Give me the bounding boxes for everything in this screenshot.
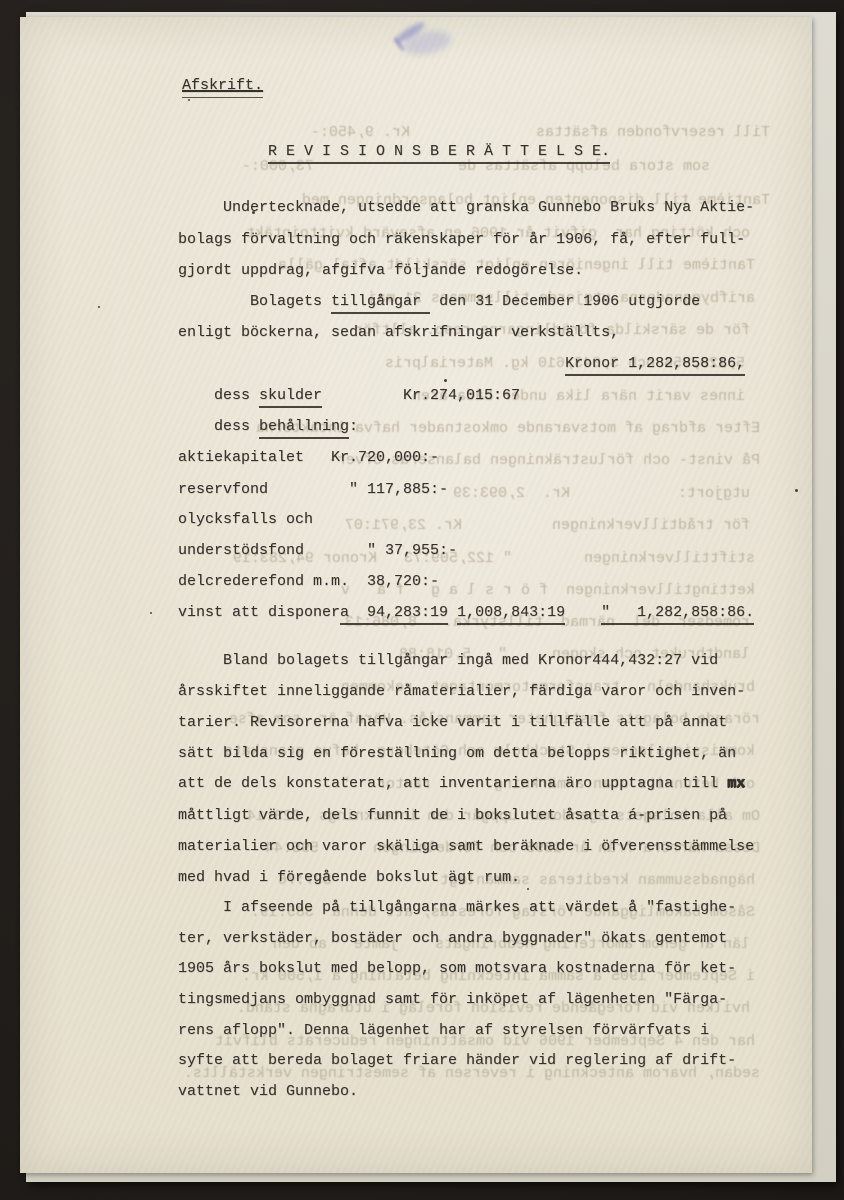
scanned-document-page: { "page": { "background_color": "#221e1b… xyxy=(0,0,844,1200)
dust-speck xyxy=(444,379,447,382)
dust-speck xyxy=(795,489,798,492)
dust-speck xyxy=(98,306,100,308)
dust-speck xyxy=(527,888,529,890)
dust-speck xyxy=(188,99,190,101)
dust-speck xyxy=(252,211,255,214)
dust-speck-layer xyxy=(0,0,844,1200)
dust-speck xyxy=(150,612,152,614)
